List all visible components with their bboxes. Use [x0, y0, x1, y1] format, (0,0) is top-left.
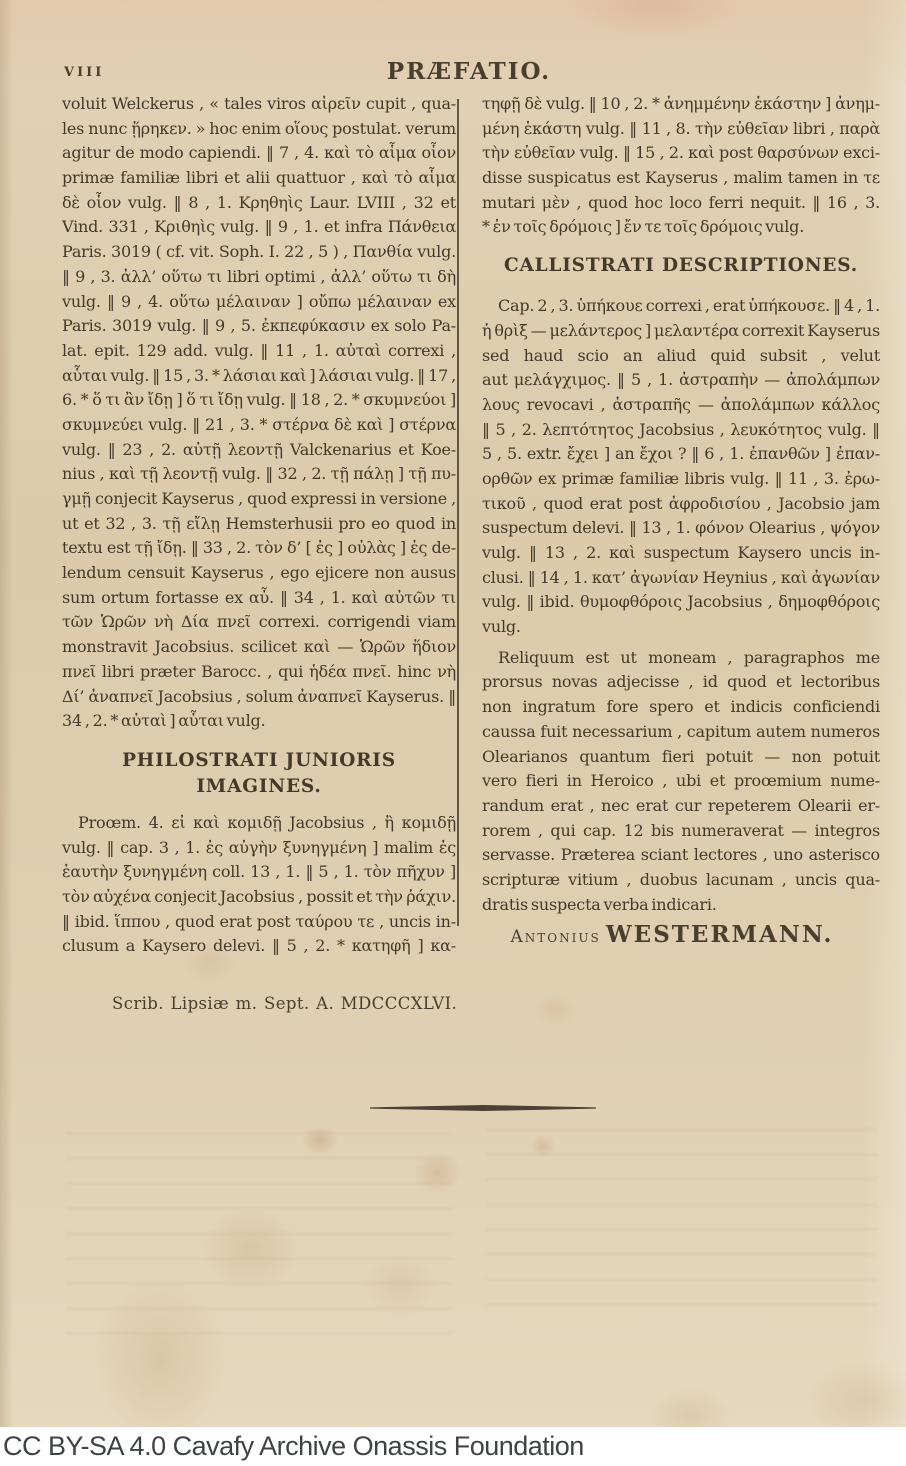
text-line: ἡ θρὶξ — μελάντερος ] μελαντέρα correxit…: [482, 319, 880, 344]
text-line: * ἐν τοῖς δρόμοις ] ἔν τε τοῖς δρόμοις v…: [482, 215, 880, 240]
text-line: Paris. 3019 vulg. ‖ 9 , 5. ἐκπεφύκασιν e…: [62, 314, 456, 339]
text-line: prorsus novas adjecisse , id quod et lec…: [482, 670, 880, 695]
text-line: τὸν αὐχένα conjecit Jacobsius , possit e…: [62, 885, 456, 910]
text-line: mutari μὲν , quod hoc loco ferri nequit.…: [482, 191, 880, 216]
text-line: sed haud scio an aliud quid subsit , vel…: [482, 344, 880, 369]
text-line: clusum a Kaysero delevi. ‖ 5 , 2. * κατη…: [62, 934, 456, 959]
text-line: 34 , 2. * αὐταὶ ] αὗται vulg.: [62, 709, 456, 734]
text-line: randum erat , nec erat cur repeterem Ole…: [482, 794, 880, 819]
text-line: ορθῶν ex primæ familiæ libris vulg. ‖ 11…: [482, 467, 880, 492]
verso-showthrough-right: [486, 1128, 878, 1318]
text-line: Paris. 3019 ( cf. vit. Soph. I. 22 , 5 )…: [62, 240, 456, 265]
text-block-closing-remarks: Reliquum est ut moneam , paragraphos mep…: [482, 646, 880, 918]
text-line: non ingratum fore spero et indicis confi…: [482, 695, 880, 720]
text-line: λους revocavi , ἀστραπῆς — ἀπολάμπων κάλ…: [482, 393, 880, 418]
text-line: primæ familiæ libri et alii quattuor , κ…: [62, 166, 456, 191]
text-line: vero fieri in Heroico , ubi et proœmium …: [482, 769, 880, 794]
text-line: vulg. ‖ ibid. θυμοφθόροις Jacobsius , δη…: [482, 590, 880, 615]
text-line: rorem , qui cap. 12 bis numeraverat — in…: [482, 819, 880, 844]
section-heading-philostrati-junioris: PHILOSTRATI JUNIORIS IMAGINES.: [62, 748, 456, 800]
column-divider-rule: [457, 99, 459, 926]
signature-surname: WESTERMANN.: [606, 921, 834, 948]
left-column: voluit Welckerus , « tales viros αἱρεῖν …: [62, 92, 456, 959]
text-line: ‖ ibid. ἵππου , quod erat post ταύρου τε…: [62, 910, 456, 935]
text-line: lendum censuit Kayserus , ego ejicere no…: [62, 561, 456, 586]
running-title: PRÆFATIO.: [0, 58, 906, 85]
text-line: ἑαυτὴν ξυνηγμένη coll. 13 , 1. ‖ 5 , 1. …: [62, 860, 456, 885]
text-line: 5 , 5. extr. ἔχει ] an ἔχοι ? ‖ 6 , 1. ἐ…: [482, 442, 880, 467]
text-line: ut et 32 , 3. τῇ εἴλῃ Hemsterhusii pro e…: [62, 512, 456, 537]
text-line: ‖ 5 , 2. λεπτότητος Jacobsius , λευκότητ…: [482, 418, 880, 443]
text-line: clusi. ‖ 14 , 1. κατ’ ἀγωνίαν Heynius , …: [482, 566, 880, 591]
text-line: textu est τῇ ἴδῃ. ‖ 33 , 2. τὸν δ’ [ ἐς …: [62, 536, 456, 561]
text-line: dratis suspecta verba indicari.: [482, 893, 880, 918]
text-line: servasse. Præterea sciant lectores , uno…: [482, 843, 880, 868]
text-line: vulg.: [482, 615, 880, 640]
license-caption: CC BY-SA 4.0 Cavafy Archive Onassis Foun…: [0, 1427, 906, 1466]
text-line: vulg. ‖ 23 , 2. αὐτῇ λεοντῇ Valckenarius…: [62, 438, 456, 463]
scanned-book-page: viii PRÆFATIO. voluit Welckerus , « tale…: [0, 0, 906, 1427]
text-line: scripturæ vitium , duobus lacunam , unci…: [482, 868, 880, 893]
author-signature: Antonius WESTERMANN.: [482, 921, 862, 948]
text-line: Vind. 331 , Κριθηὶς vulg. ‖ 9 , 1. et in…: [62, 215, 456, 240]
text-line: lat. epit. 129 add. vulg. ‖ 11 , 1. αὐτα…: [62, 339, 456, 364]
text-line: πνεῖ libri præter Barocc. , qui ἡδέα πνε…: [62, 660, 456, 685]
text-line: vulg. ‖ cap. 3 , 1. ἐς αὐγὴν ξυνηγμένη ]…: [62, 836, 456, 861]
text-line: αὗται vulg. ‖ 15 , 3. * λάσιαι καὶ ] λάσ…: [62, 364, 456, 389]
text-line: Δί’ ἀναπνεῖ Jacobsius , solum ἀναπνεῖ Ka…: [62, 685, 456, 710]
signature-forename: Antonius: [511, 927, 601, 947]
text-line: μένη ἑκάστη vulg. ‖ 11 , 8. τὴν εὐθεῖαν …: [482, 117, 880, 142]
text-line: agitur de modo capiendi. ‖ 7 , 4. καὶ τὸ…: [62, 141, 456, 166]
text-line: les nunc ᾕρηκεν. » hoc enim οἵους postul…: [62, 117, 456, 142]
text-line: Olearianos quantum fieri potuit — non po…: [482, 745, 880, 770]
text-line: Proœm. 4. εἰ καὶ κομιδῇ Jacobsius , ἢ κο…: [62, 811, 456, 836]
text-line: nius , καὶ τῇ λεοντῇ vulg. ‖ 32 , 2. τῇ …: [62, 462, 456, 487]
text-line: monstravit Jacobsius. scilicet καὶ — Ὡρῶ…: [62, 635, 456, 660]
text-block-callistrati: Cap. 2 , 3. ὑπήκουε correxi , erat ὑπήκο…: [482, 294, 880, 640]
text-line: Reliquum est ut moneam , paragraphos me: [482, 646, 880, 671]
text-line: suspectum delevi. ‖ 13 , 1. φόνον Oleari…: [482, 516, 880, 541]
text-line: δὲ οἷον vulg. ‖ 8 , 1. Κρηθηὶς Laur. LVI…: [62, 191, 456, 216]
text-line: Cap. 2 , 3. ὑπήκουε correxi , erat ὑπήκο…: [482, 294, 880, 319]
text-line: τῶν Ὡρῶν νὴ Δία πνεῖ correxi. corrigendi…: [62, 610, 456, 635]
right-column: τηφῇ δὲ vulg. ‖ 10 , 2. * ἀνημμένην ἑκάσ…: [482, 92, 880, 917]
verso-showthrough-left: [66, 1132, 452, 1342]
text-line: vulg. ‖ 9 , 4. οὕτω μέλαιναν ] οὔπω μέλα…: [62, 290, 456, 315]
section-heading-callistrati: CALLISTRATI DESCRIPTIONES.: [482, 253, 880, 279]
text-block-junioris-continued: τηφῇ δὲ vulg. ‖ 10 , 2. * ἀνημμένην ἑκάσ…: [482, 92, 880, 240]
text-line: ‖ 9 , 3. ἀλλ’ οὕτω τι libri optimi , ἀλλ…: [62, 265, 456, 290]
swelled-rule-ornament: [370, 1105, 596, 1111]
text-line: 6. * ὅ τι ἂν ἴδῃ ] ὅ τι ἴδῃ vulg. ‖ 18 ,…: [62, 388, 456, 413]
text-line: voluit Welckerus , « tales viros αἱρεῖν …: [62, 92, 456, 117]
text-line: disse suspicatus est Kayserus , malim ta…: [482, 166, 880, 191]
text-line: sum ortum fortasse ex αὖ. ‖ 34 , 1. καὶ …: [62, 586, 456, 611]
text-line: vulg. ‖ 13 , 2. καὶ suspectum Kaysero un…: [482, 541, 880, 566]
text-line: τὴν εὐθεῖαν vulg. ‖ 15 , 2. καὶ post θαρ…: [482, 141, 880, 166]
text-line: γμῇ conjecit Kayserus , quod expressi in…: [62, 487, 456, 512]
text-line: caussa fuit necessarium , capitum autem …: [482, 720, 880, 745]
text-line: τηφῇ δὲ vulg. ‖ 10 , 2. * ἀνημμένην ἑκάσ…: [482, 92, 880, 117]
dateline: Scrib. Lipsiæ m. Sept. A. MDCCCXLVI.: [112, 994, 457, 1013]
text-block-philostrati-junioris: Proœm. 4. εἰ καὶ κομιδῇ Jacobsius , ἢ κο…: [62, 811, 456, 959]
text-line: aut μελάγχιμος. ‖ 5 , 1. ἀστραπὴν — ἀπολ…: [482, 368, 880, 393]
footer-strip: CC BY-SA 4.0 Cavafy Archive Onassis Foun…: [0, 1427, 906, 1466]
text-line: σκυμνεύει vulg. ‖ 21 , 3. * στέρνα δὲ κα…: [62, 413, 456, 438]
text-line: τικοῦ , quod erat post ἀφροδισίου , Jaco…: [482, 492, 880, 517]
text-block-apparatus-imagines-senior: voluit Welckerus , « tales viros αἱρεῖν …: [62, 92, 456, 734]
